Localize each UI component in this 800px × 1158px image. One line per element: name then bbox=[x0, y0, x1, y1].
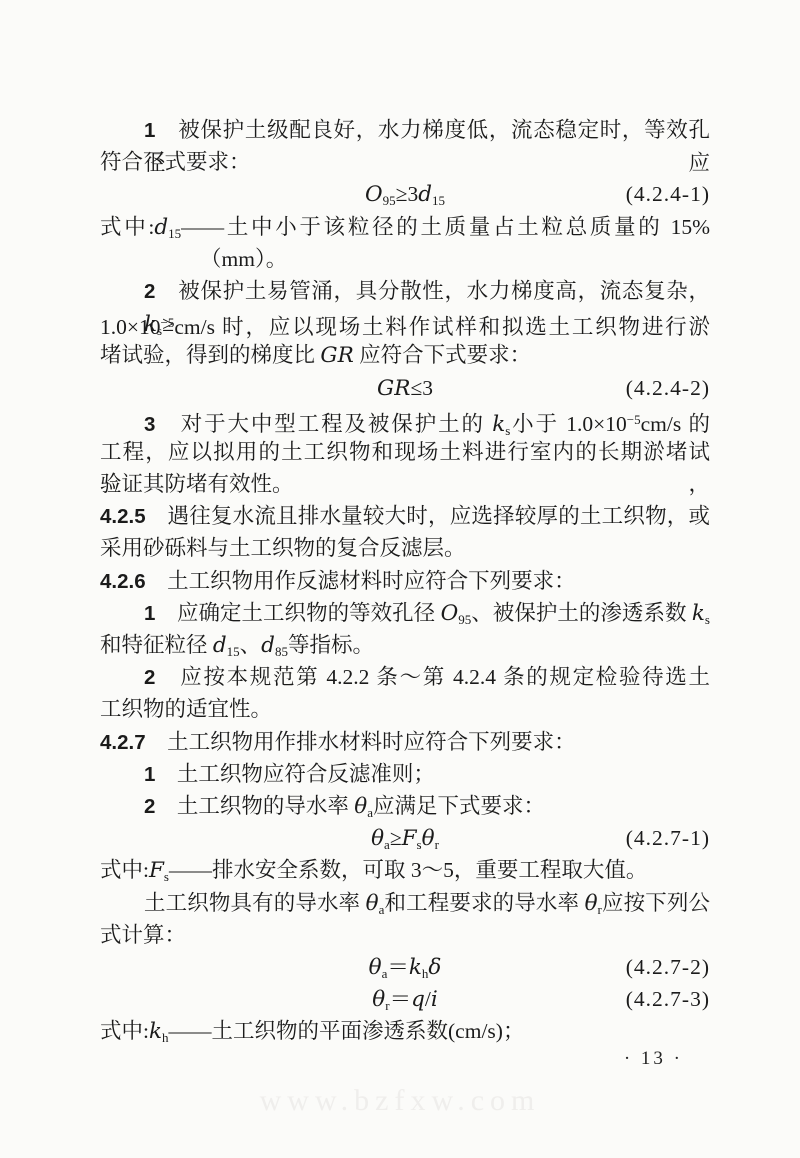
math-variable: θ bbox=[372, 987, 385, 1012]
text-run: 、被保护土的渗透系数 bbox=[471, 601, 692, 625]
text-run: ＝ bbox=[387, 955, 409, 979]
text-line: 1.0×10−5cm/s 时，应以现场土料作试样和拟选土工织物进行淤 bbox=[100, 307, 710, 339]
text-run: cm/s 时，应以现场土料作试样和拟选土工织物进行淤 bbox=[174, 315, 710, 339]
watermark: www.bzfxw.com bbox=[260, 1084, 541, 1118]
text-run: ＝ bbox=[390, 987, 412, 1011]
math-variable: GR bbox=[320, 343, 353, 368]
text-line: 1 被保护土级配良好，水力梯度低，流态稳定时，等效孔径应 bbox=[100, 114, 710, 146]
clause-number: 4.2.6 bbox=[100, 570, 146, 593]
text-run: 小于 1.0×10 bbox=[510, 412, 626, 436]
math-variable: θ bbox=[369, 955, 382, 980]
text-run: （mm）。 bbox=[200, 247, 287, 271]
text-run: 等指标。 bbox=[288, 633, 374, 657]
formula-expression: θa≥Fsθr bbox=[371, 822, 439, 861]
text-run: 应确定土工织物的等效孔径 bbox=[155, 601, 440, 625]
text-run: 、 bbox=[240, 633, 262, 657]
text-line: 和特征粒径 d15、d85等指标。 bbox=[100, 629, 710, 661]
text-run: 应满足下式要求： bbox=[373, 794, 545, 818]
document-page: 1 被保护土级配良好，水力梯度低，流态稳定时，等效孔径应符合下式要求：O95≥3… bbox=[0, 0, 800, 1158]
math-variable: θ bbox=[354, 794, 367, 819]
text-run: ——土工织物的平面渗透系数(cm/s)； bbox=[169, 1019, 525, 1043]
text-run: 土工织物的导水率 bbox=[155, 794, 354, 818]
text-run: ——土中小于该粒径的土质量占土粒总质量的 15% bbox=[181, 215, 710, 239]
text-run: cm/s 的 bbox=[641, 412, 710, 436]
math-variable: θ bbox=[366, 891, 379, 916]
text-run: 验证其防堵有效性。 bbox=[100, 472, 294, 496]
subscript: 95 bbox=[383, 193, 396, 208]
text-run: 符合下式要求： bbox=[100, 150, 251, 174]
formula-expression: O95≥3d15 bbox=[365, 178, 445, 217]
text-run: 和特征粒径 bbox=[100, 633, 213, 657]
math-variable: θ bbox=[585, 891, 598, 916]
text-line: 堵试验，得到的梯度比 GR 应符合下式要求： bbox=[100, 339, 710, 371]
text-line: 工程，应以拟用的土工织物和现场土料进行室内的长期淤堵试验， bbox=[100, 436, 710, 468]
text-line: 4.2.7 土工织物用作排水材料时应符合下列要求： bbox=[100, 726, 710, 758]
text-run: 应符合下式要求： bbox=[354, 343, 531, 367]
text-run: 土工织物具有的导水率 bbox=[144, 891, 366, 915]
math-variable: d bbox=[213, 633, 227, 658]
math-variable: θ bbox=[422, 826, 435, 851]
text-run: ≥3 bbox=[396, 182, 419, 206]
page-text: 1 被保护土级配良好，水力梯度低，流态稳定时，等效孔径应符合下式要求：O95≥3… bbox=[100, 114, 710, 1047]
text-run: 采用砂砾料与土工织物的复合反滤层。 bbox=[100, 536, 466, 560]
equation-number: (4.2.7-2) bbox=[626, 951, 710, 983]
text-run: 式中: bbox=[100, 858, 149, 882]
text-line: 工织物的适宜性。 bbox=[100, 693, 710, 725]
formula-expression: θr＝q/i bbox=[372, 983, 437, 1022]
subscript: 85 bbox=[275, 644, 288, 659]
text-run: 遇往复水流且排水量较大时，应选择较厚的土工织物，或 bbox=[146, 504, 710, 528]
text-run: 1.0×10 bbox=[100, 315, 161, 339]
equation-number: (4.2.7-1) bbox=[626, 822, 710, 854]
equation-number: (4.2.4-2) bbox=[626, 372, 710, 404]
text-line: 2 土工织物的导水率 θa应满足下式要求： bbox=[100, 790, 710, 822]
math-variable: O bbox=[365, 182, 383, 207]
text-run: 式中: bbox=[100, 215, 154, 239]
superscript: −5 bbox=[627, 412, 641, 427]
math-variable: d bbox=[418, 182, 432, 207]
text-run: ≤3 bbox=[410, 376, 433, 400]
text-line: 2 被保护土易管涌，具分散性，水力梯度高，流态复杂，ks≥ bbox=[100, 275, 710, 307]
clause-number: 4.2.7 bbox=[100, 731, 146, 754]
formula-line: O95≥3d15(4.2.4-1) bbox=[100, 178, 710, 210]
subscript: s bbox=[705, 612, 710, 627]
text-run: 和工程要求的导水率 bbox=[384, 891, 584, 915]
formula-line: θa＝khδ(4.2.7-2) bbox=[100, 951, 710, 983]
text-line: 3 对于大中型工程及被保护土的 ks小于 1.0×10−5cm/s 的 bbox=[100, 404, 710, 436]
math-variable: O bbox=[441, 601, 459, 626]
text-run: ——排水安全系数，可取 3～5，重要工程取大值。 bbox=[169, 858, 647, 882]
text-run: 式中: bbox=[100, 1019, 149, 1043]
text-line: 1 土工织物应符合反滤准则； bbox=[100, 758, 710, 790]
text-run: 工织物的适宜性。 bbox=[100, 697, 272, 721]
clause-number: 3 bbox=[144, 413, 155, 436]
text-line: 土工织物具有的导水率 θa和工程要求的导水率 θr应按下列公 bbox=[100, 887, 710, 919]
equation-number: (4.2.4-1) bbox=[626, 178, 710, 210]
equation-number: (4.2.7-3) bbox=[626, 983, 710, 1015]
formula-expression: GR≤3 bbox=[377, 372, 433, 405]
text-line: 4.2.6 土工织物用作反滤材料时应符合下列要求： bbox=[100, 565, 710, 597]
subscript: 15 bbox=[227, 644, 240, 659]
math-variable: δ bbox=[428, 955, 441, 980]
clause-number: 1 bbox=[144, 119, 155, 142]
text-run: ≥ bbox=[390, 826, 402, 850]
math-variable: k bbox=[492, 412, 505, 437]
superscript: −5 bbox=[161, 315, 175, 330]
text-run: 被保护土易管涌，具分散性，水力梯度高，流态复杂， bbox=[155, 279, 710, 303]
math-variable: q bbox=[411, 987, 425, 1012]
clause-number: 2 bbox=[144, 280, 155, 303]
subscript: r bbox=[435, 837, 439, 852]
text-run: 式计算： bbox=[100, 923, 186, 947]
clause-number: 1 bbox=[144, 763, 155, 786]
math-variable: θ bbox=[371, 826, 384, 851]
clause-number: 2 bbox=[144, 666, 155, 689]
math-variable: k bbox=[409, 955, 422, 980]
clause-number: 2 bbox=[144, 795, 155, 818]
math-variable: d bbox=[261, 633, 275, 658]
text-line: 4.2.5 遇往复水流且排水量较大时，应选择较厚的土工织物，或 bbox=[100, 500, 710, 532]
subscript: 15 bbox=[168, 226, 181, 241]
text-line: 式计算： bbox=[100, 919, 710, 951]
text-run: 对于大中型工程及被保护土的 bbox=[155, 412, 492, 436]
formula-line: GR≤3(4.2.4-2) bbox=[100, 372, 710, 404]
subscript: 15 bbox=[432, 193, 445, 208]
page-number: · 13 · bbox=[624, 1046, 683, 1072]
math-variable: k bbox=[692, 601, 705, 626]
formula-line: θa≥Fsθr(4.2.7-1) bbox=[100, 822, 710, 854]
math-variable: k bbox=[149, 1019, 162, 1044]
text-line: 2 应按本规范第 4.2.2 条～第 4.2.4 条的规定检验待选土 bbox=[100, 661, 710, 693]
text-run: 土工织物应符合反滤准则； bbox=[155, 762, 435, 786]
text-run: 土工织物用作排水材料时应符合下列要求： bbox=[146, 730, 576, 754]
math-variable: F bbox=[402, 826, 417, 851]
clause-number: 4.2.5 bbox=[100, 505, 146, 528]
math-variable: d bbox=[154, 215, 168, 240]
math-variable: F bbox=[149, 858, 164, 883]
clause-number: 1 bbox=[144, 602, 155, 625]
text-line: （mm）。 bbox=[100, 243, 710, 275]
text-run: 应按本规范第 4.2.2 条～第 4.2.4 条的规定检验待选土 bbox=[155, 665, 710, 689]
math-variable: GR bbox=[377, 376, 410, 401]
subscript: 95 bbox=[458, 612, 471, 627]
text-line: 1 应确定土工织物的等效孔径 O95、被保护土的渗透系数 ks bbox=[100, 597, 710, 629]
math-variable: i bbox=[431, 987, 438, 1012]
text-run: 堵试验，得到的梯度比 bbox=[100, 343, 320, 367]
text-run: 应按下列公 bbox=[602, 891, 710, 915]
text-line: 采用砂砾料与土工织物的复合反滤层。 bbox=[100, 532, 710, 564]
text-run: 土工织物用作反滤材料时应符合下列要求： bbox=[146, 569, 576, 593]
formula-line: θr＝q/i(4.2.7-3) bbox=[100, 983, 710, 1015]
